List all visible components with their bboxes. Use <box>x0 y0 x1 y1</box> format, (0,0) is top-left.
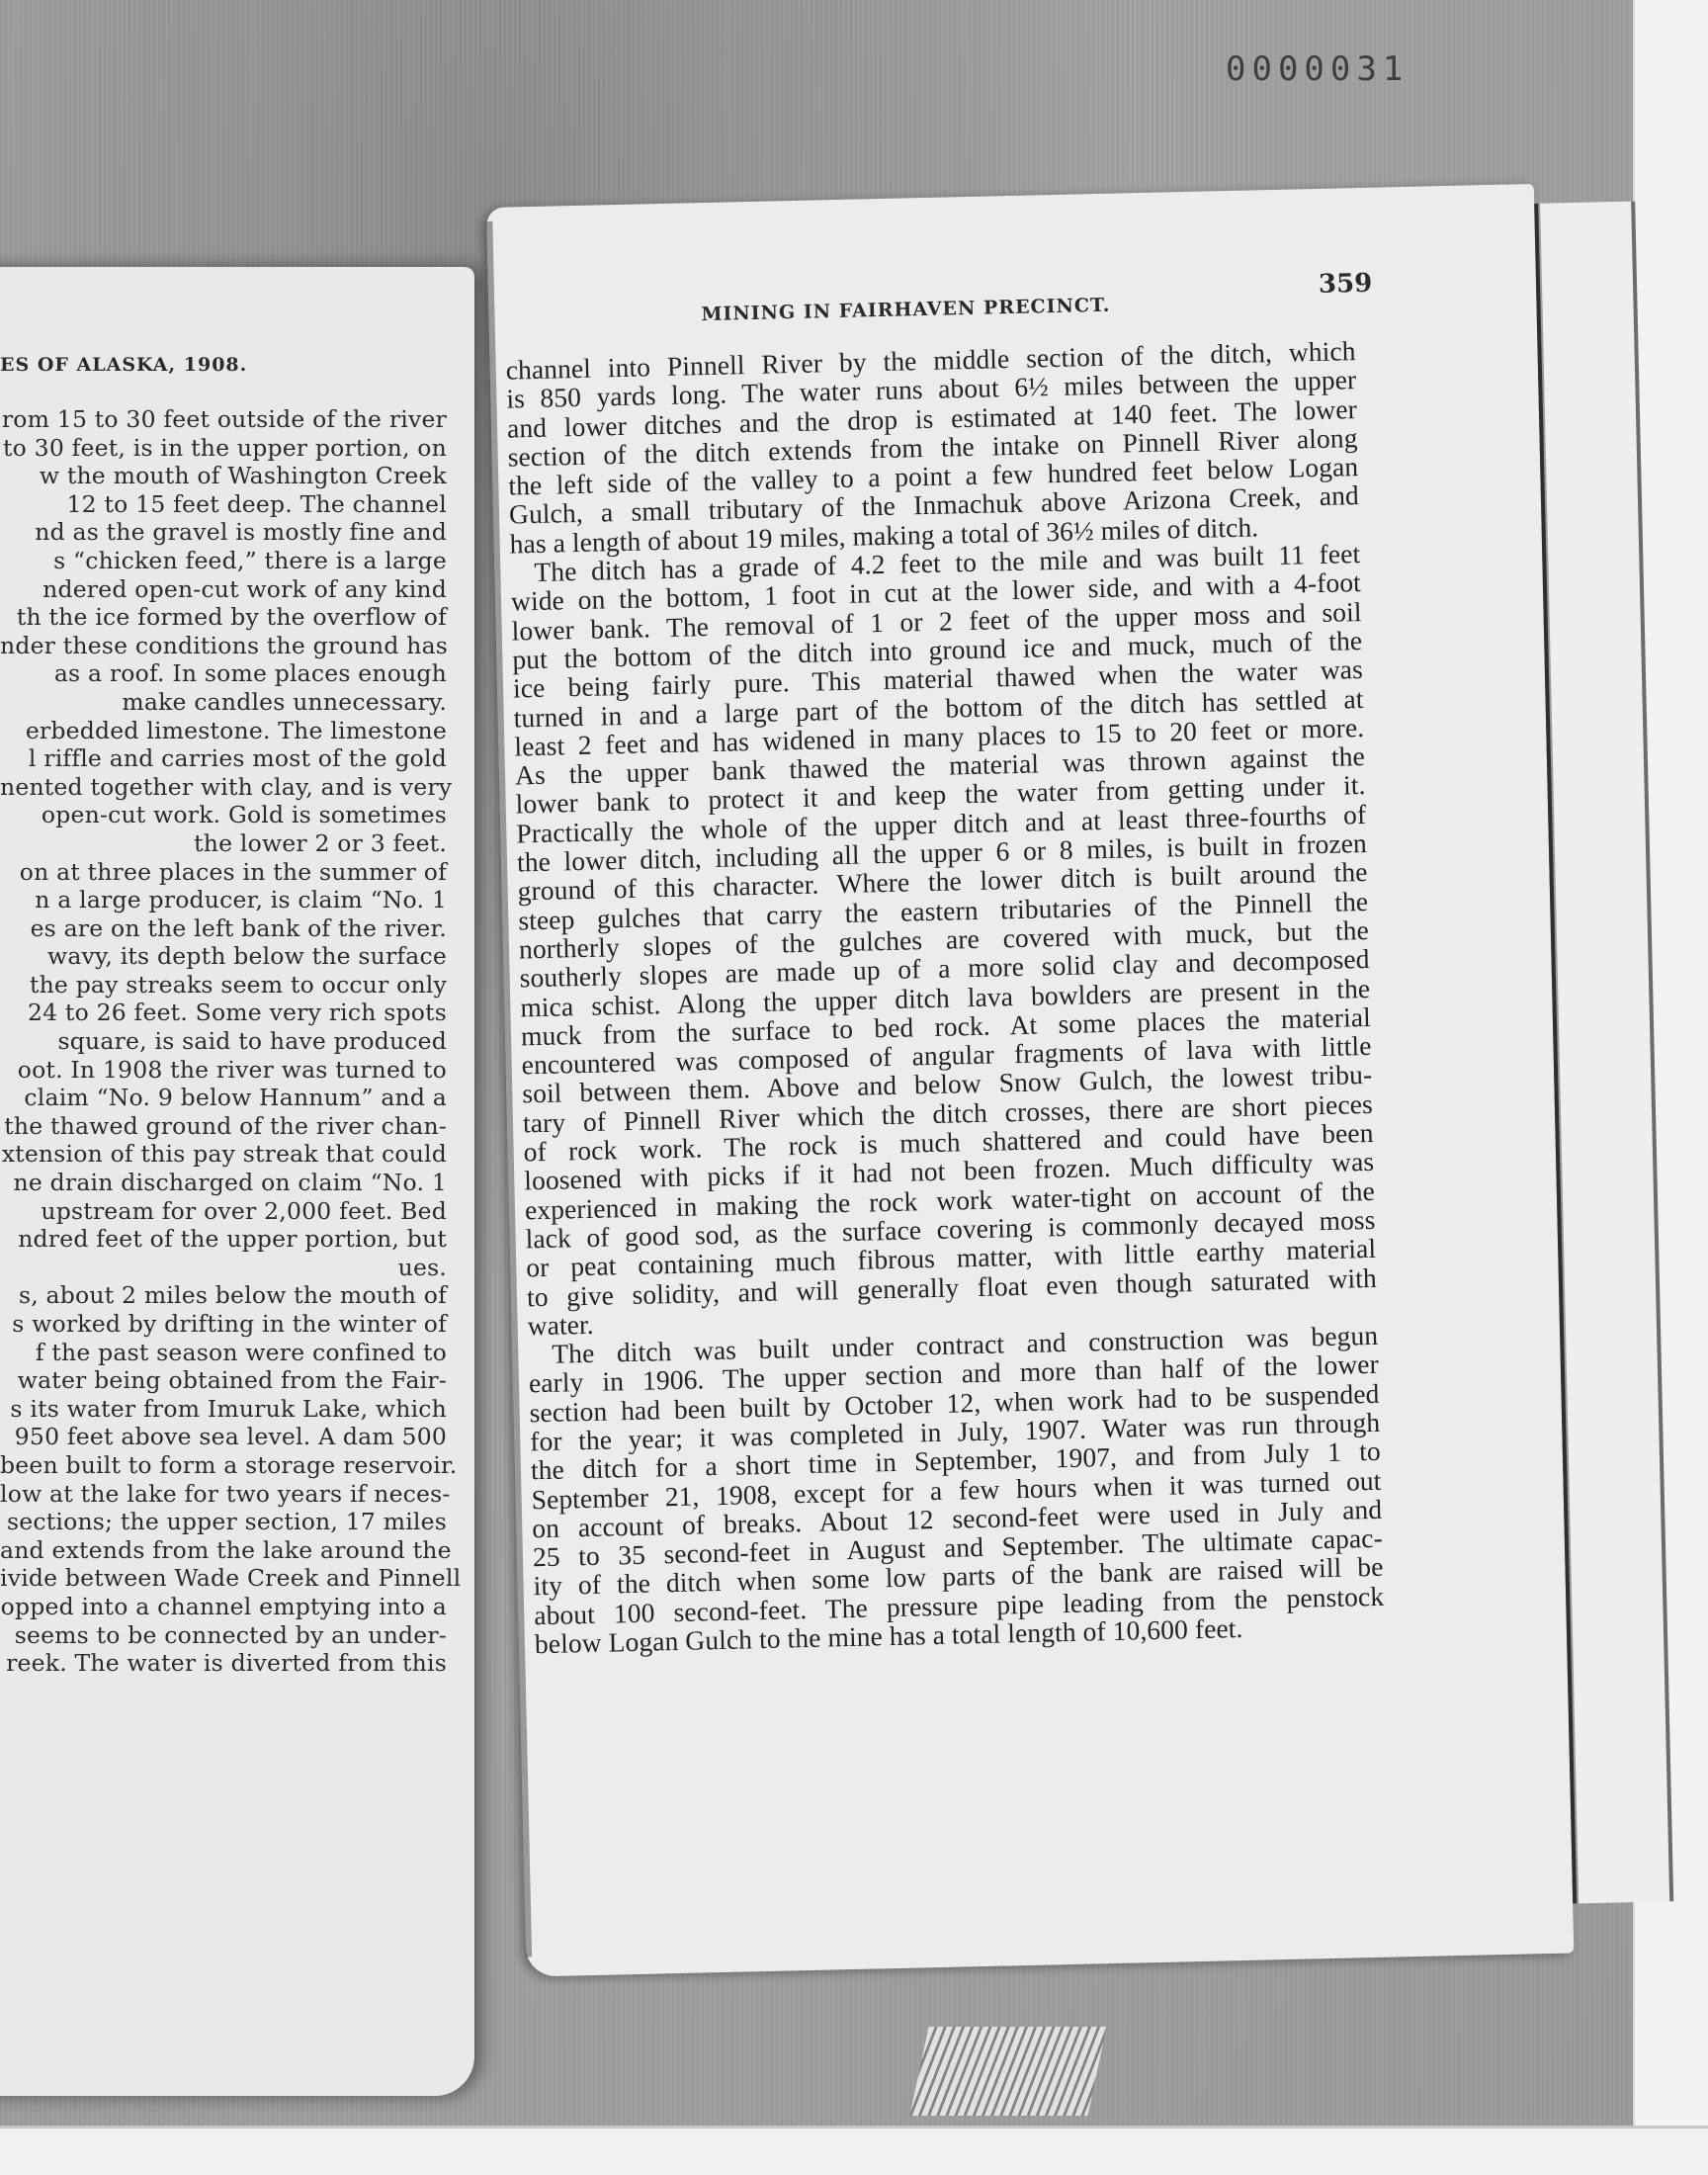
text-line: upstream for over 2,000 feet. Bed <box>0 1197 447 1226</box>
text-line: nd as the gravel is mostly fine and <box>0 518 447 547</box>
text-line: the lower 2 or 3 feet. <box>0 829 447 858</box>
text-line: ndred feet of the upper portion, but <box>0 1225 447 1254</box>
text-line: the thawed ground of the river chan- <box>0 1112 447 1141</box>
text-line: ivide between Wade Creek and Pinnell <box>0 1564 447 1593</box>
left-page-body: rom 15 to 30 feet outside of the riverto… <box>0 405 474 1678</box>
text-line: xtension of this pay streak that could <box>0 1140 447 1169</box>
text-line: n a large producer, is claim “No. 1 <box>0 886 447 914</box>
text-line: es are on the left bank of the river. <box>0 914 447 943</box>
text-line: erbedded limestone. The limestone <box>0 717 447 745</box>
text-line: ues. <box>0 1254 447 1282</box>
text-line: rom 15 to 30 feet outside of the river <box>0 405 447 434</box>
text-line: the pay streaks seem to occur only <box>0 971 447 1000</box>
text-line: make candles unnecessary. <box>0 688 447 717</box>
text-line: oot. In 1908 the river was turned to <box>0 1056 447 1085</box>
text-line: s worked by drifting in the winter of <box>0 1310 447 1339</box>
text-line: as a roof. In some places enough <box>0 659 447 688</box>
text-line: l riffle and carries most of the gold <box>0 744 447 773</box>
scan-margin-bottom <box>0 2126 1708 2175</box>
text-line: 950 feet above sea level. A dam 500 <box>0 1423 447 1451</box>
text-line: nder these conditions the ground has <box>0 632 447 660</box>
text-line: open-cut work. Gold is sometimes <box>0 801 447 829</box>
page-number: 359 <box>1319 269 1373 300</box>
text-line: square, is said to have produced <box>0 1027 447 1056</box>
right-running-head: MINING IN FAIRHAVEN PRECINCT. <box>701 295 1110 325</box>
text-line: reek. The water is diverted from this <box>0 1649 447 1678</box>
text-line: s its water from Imuruk Lake, which <box>0 1395 447 1424</box>
text-line: opped into a channel emptying into a <box>0 1593 447 1621</box>
text-line: wavy, its depth below the surface <box>0 942 447 971</box>
right-page-body: channel into Pinnell River by the middle… <box>505 336 1385 1659</box>
left-page: ES OF ALASKA, 1908. rom 15 to 30 feet ou… <box>0 267 474 2096</box>
text-line: seems to be connected by an under- <box>0 1621 447 1650</box>
text-line: s, about 2 miles below the mouth of <box>0 1281 447 1310</box>
text-line: low at the lake for two years if neces- <box>0 1480 447 1509</box>
text-line: nented together with clay, and is very <box>0 773 447 802</box>
text-line: ne drain discharged on claim “No. 1 <box>0 1169 447 1197</box>
text-line: ndered open-cut work of any kind <box>0 575 447 604</box>
text-line: to 30 feet, is in the upper portion, on <box>0 434 447 463</box>
text-line: been built to form a storage reservoir. <box>0 1451 447 1480</box>
document-id-stamp: 0000031 <box>1226 49 1409 89</box>
text-line: s “chicken feed,” there is a large <box>0 547 447 575</box>
text-line: 24 to 26 feet. Some very rich spots <box>0 999 447 1027</box>
text-line: on at three places in the summer of <box>0 858 447 887</box>
scan-smudge <box>909 2027 1106 2116</box>
text-line: w the mouth of Washington Creek <box>0 462 447 490</box>
text-line: sections; the upper section, 17 miles <box>0 1508 447 1536</box>
left-running-head: ES OF ALASKA, 1908. <box>0 354 247 376</box>
text-line: claim “No. 9 below Hannum” and a <box>0 1084 447 1112</box>
text-line: and extends from the lake around the <box>0 1536 447 1565</box>
text-line: th the ice formed by the overflow of <box>0 603 447 632</box>
text-line: f the past season were confined to <box>0 1339 447 1367</box>
right-page: MINING IN FAIRHAVEN PRECINCT. 359 channe… <box>486 184 1574 1977</box>
text-line: 12 to 15 feet deep. The channel <box>0 490 447 519</box>
text-line: water being obtained from the Fair- <box>0 1366 447 1395</box>
